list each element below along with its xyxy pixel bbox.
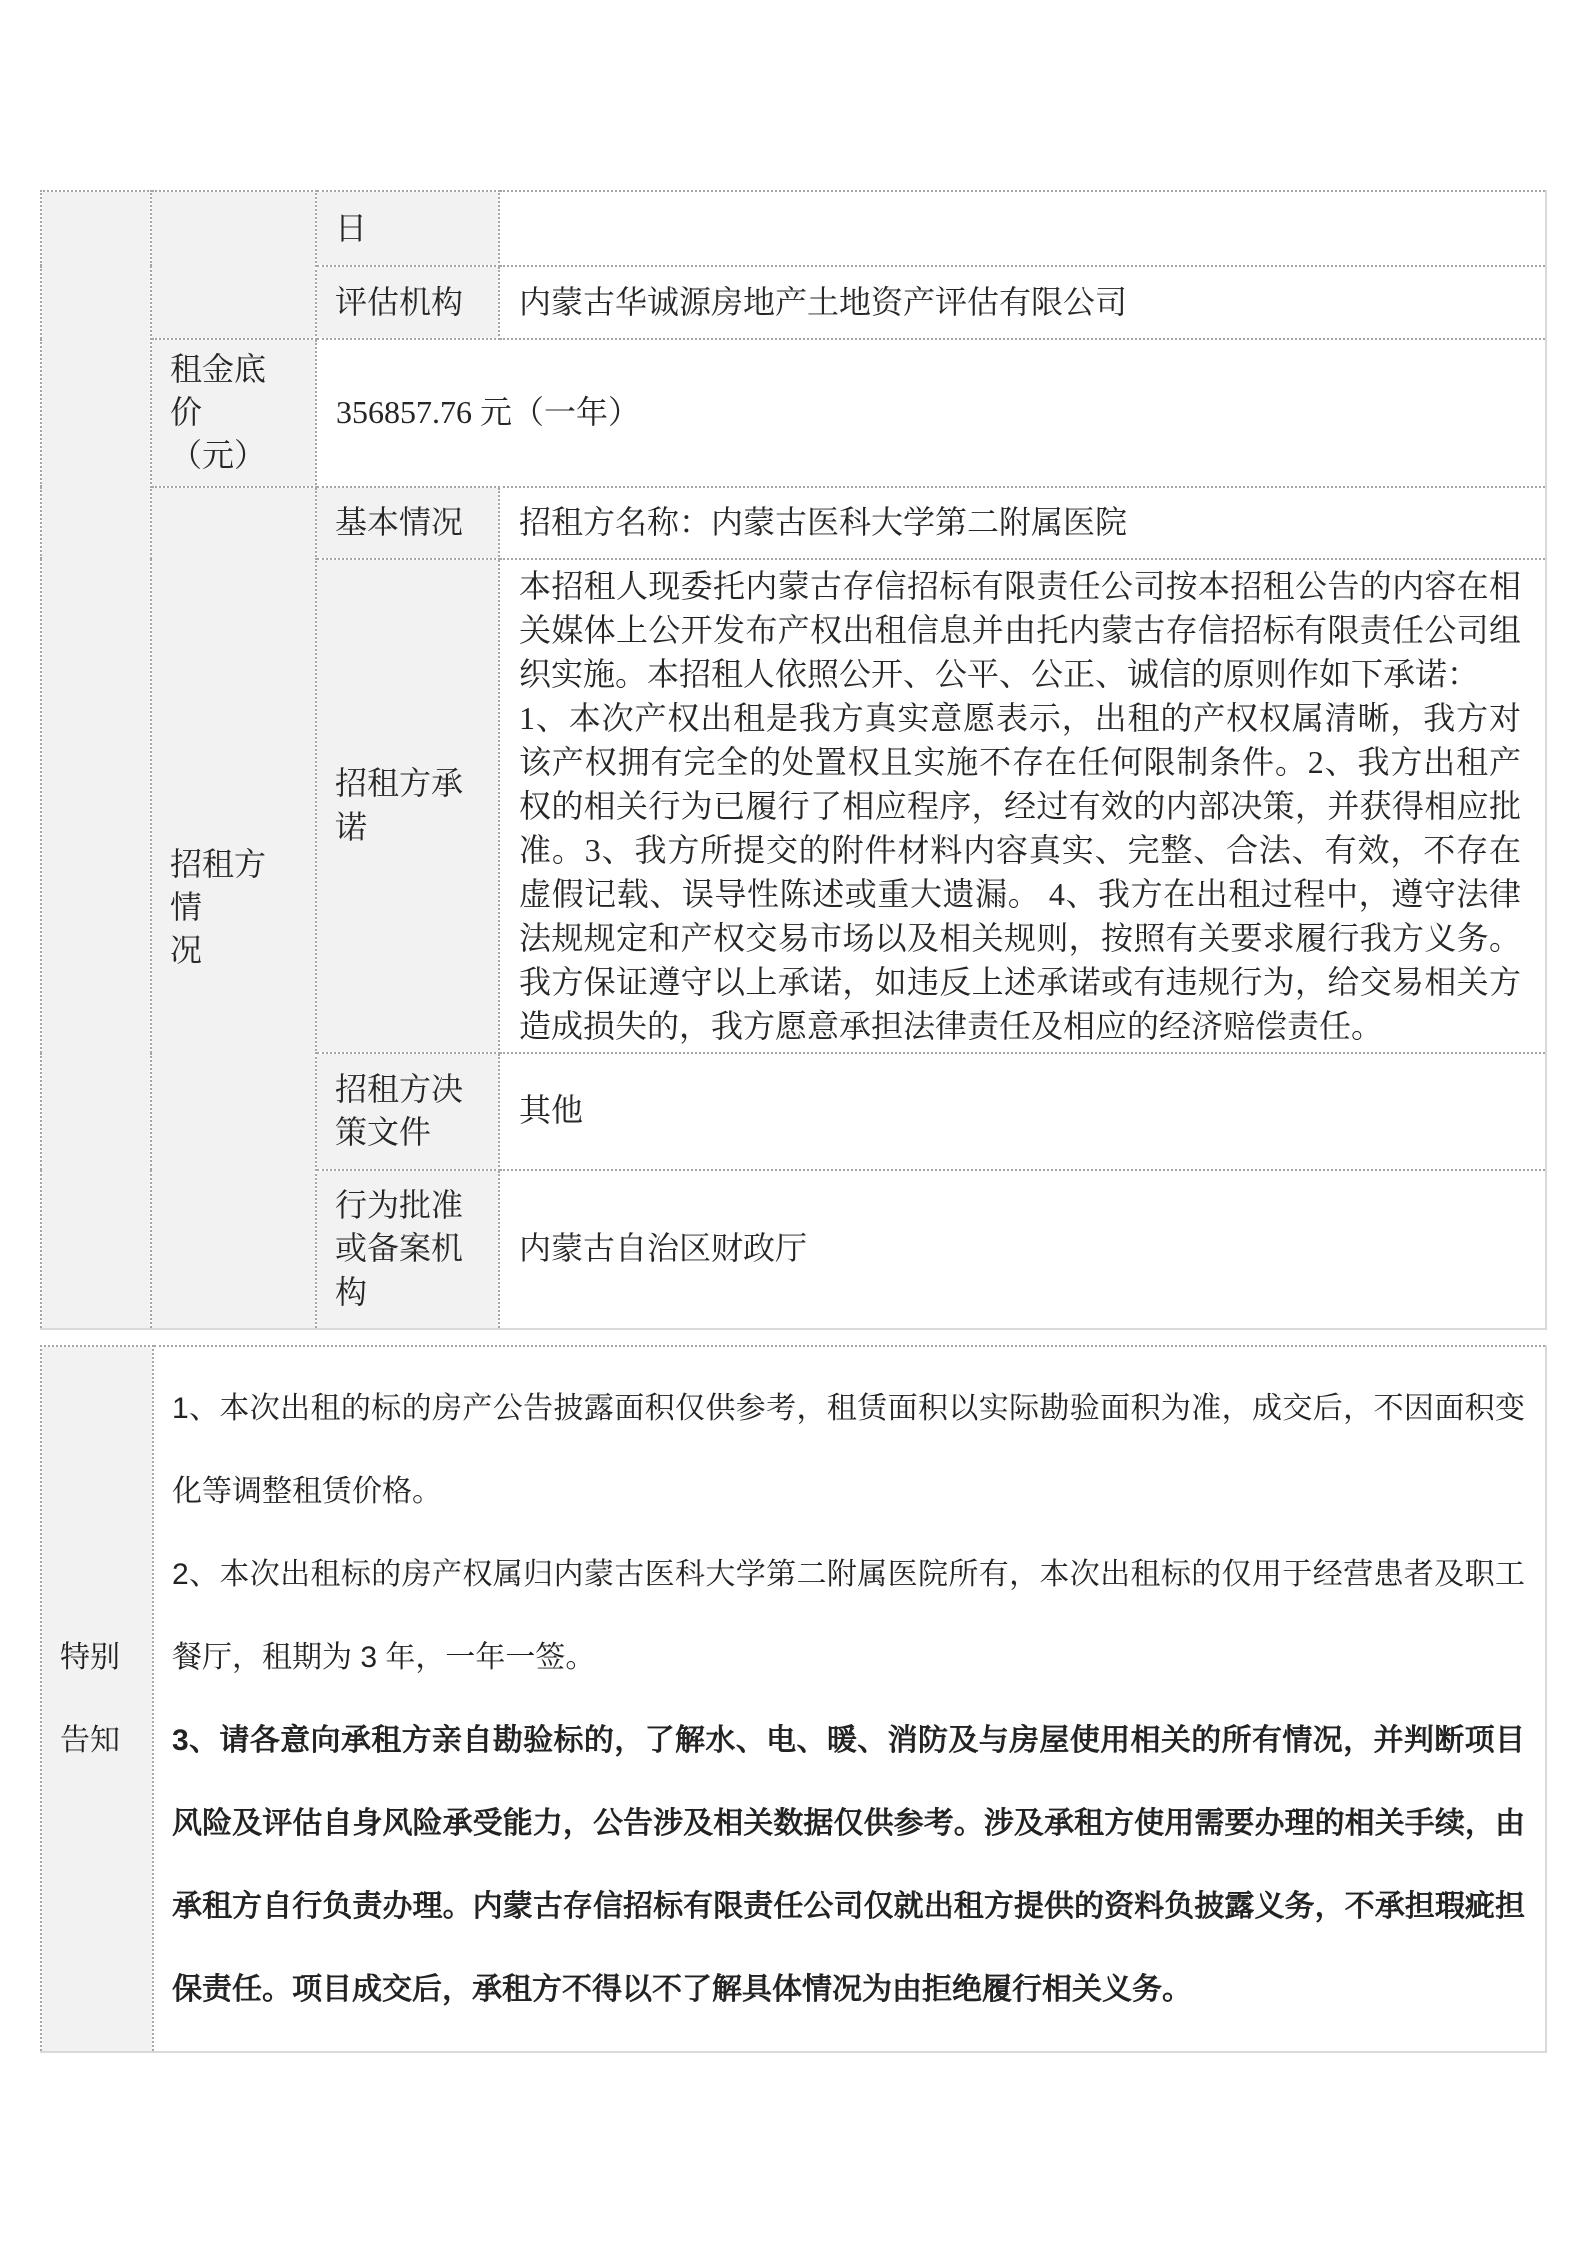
field-label-day: 日 <box>316 191 499 266</box>
outer-section-cell <box>41 191 151 1329</box>
field-label-base-rent: 租金底价 （元） <box>151 339 316 487</box>
special-notice-label: 特别 告知 <box>41 1346 153 2052</box>
special-notice-table: 特别 告知 1、本次出租的标的房产公告披露面积仅供参考，租赁面积以实际勘验面积为… <box>40 1345 1547 2053</box>
field-label-evaluation-agency: 评估机构 <box>316 266 499 339</box>
notice-paragraph-2: 2、本次出租标的房产权属归内蒙古医科大学第二附属医院所有，本次出租标的仅用于经营… <box>172 1533 1525 1699</box>
notice-paragraph-3: 3、请各意向承租方亲自勘验标的，了解水、电、暖、消防及与房屋使用相关的所有情况，… <box>172 1699 1525 2031</box>
notice-paragraph-1: 1、本次出租的标的房产公告披露面积仅供参考，租赁面积以实际勘验面积为准，成交后，… <box>172 1367 1525 1533</box>
section-label-lessor-info: 招租方情 况 <box>151 487 316 1329</box>
field-label-decision-document: 招租方决 策文件 <box>316 1053 499 1170</box>
field-value-base-rent: 356857.76 元（一年） <box>316 339 1546 487</box>
special-notice-content: 1、本次出租的标的房产公告披露面积仅供参考，租赁面积以实际勘验面积为准，成交后，… <box>153 1346 1546 2052</box>
field-value-lessor-commitment: 本招租人现委托内蒙古存信招标有限责任公司按本招租公告的内容在相关媒体上公开发布产… <box>499 559 1546 1053</box>
field-label-basic-info: 基本情况 <box>316 487 499 559</box>
field-value-day <box>499 191 1546 266</box>
field-value-evaluation-agency: 内蒙古华诚源房地产土地资产评估有限公司 <box>499 266 1546 339</box>
table-row: 租金底价 （元） 356857.76 元（一年） <box>41 339 1546 487</box>
lease-info-table: 日 评估机构 内蒙古华诚源房地产土地资产评估有限公司 租金底价 （元） 3568… <box>40 190 1547 1330</box>
field-value-decision-document: 其他 <box>499 1053 1546 1170</box>
table-row: 招租方情 况 基本情况 招租方名称：内蒙古医科大学第二附属医院 <box>41 487 1546 559</box>
field-value-basic-info: 招租方名称：内蒙古医科大学第二附属医院 <box>499 487 1546 559</box>
evaluation-section-cell <box>151 191 316 339</box>
table-row: 特别 告知 1、本次出租的标的房产公告披露面积仅供参考，租赁面积以实际勘验面积为… <box>41 1346 1546 2052</box>
table-row: 日 <box>41 191 1546 266</box>
field-label-lessor-commitment: 招租方承 诺 <box>316 559 499 1053</box>
field-label-approval-authority: 行为批准 或备案机 构 <box>316 1170 499 1329</box>
field-value-approval-authority: 内蒙古自治区财政厅 <box>499 1170 1546 1329</box>
